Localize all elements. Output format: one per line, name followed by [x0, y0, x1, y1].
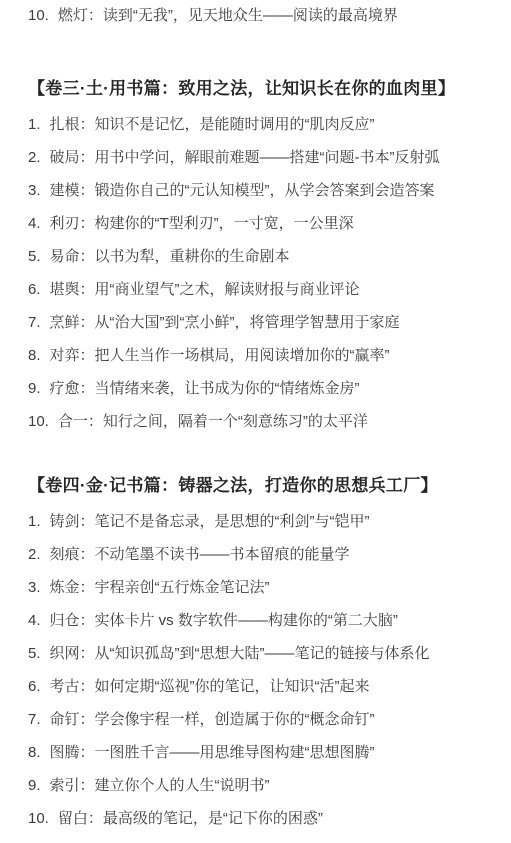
list-item: 7. 烹鲜：从“治大国”到“烹小鲜”，将管理学智慧用于家庭	[28, 315, 487, 330]
item-text: 图腾：一图胜千言——用思维导图构建“思想图腾”	[50, 745, 375, 760]
item-number: 8.	[28, 745, 41, 760]
section-title: 【卷三·土·用书篇：致用之法，让知识长在你的血肉里】	[28, 80, 487, 97]
item-number: 8.	[28, 348, 41, 363]
list-item: 9. 索引：建立你个人的人生“说明书”	[28, 778, 487, 793]
section-item-list: 1. 铸剑：笔记不是备忘录，是思想的“利剑”与“铠甲” 2. 刻痕：不动笔墨不读…	[28, 514, 487, 826]
item-text: 命钉：学会像宇程一样，创造属于你的“概念命钉”	[50, 712, 375, 727]
section-title: 【卷四·金·记书篇：铸器之法，打造你的思想兵工厂】	[28, 477, 487, 494]
list-item: 10. 留白：最高级的笔记，是“记下你的困惑”	[28, 811, 487, 826]
list-item: 1. 扎根：知识不是记忆，是能随时调用的“肌肉反应”	[28, 117, 487, 132]
item-number: 6.	[28, 282, 41, 297]
item-text: 利刃：构建你的“T型利刃”，一寸宽，一公里深	[50, 216, 354, 231]
item-number: 9.	[28, 778, 41, 793]
item-text: 炼金：宇程亲创“五行炼金笔记法”	[50, 580, 270, 595]
item-number: 3.	[28, 580, 41, 595]
item-text: 对弈：把人生当作一场棋局，用阅读增加你的“赢率”	[50, 348, 390, 363]
list-item: 3. 建模：锻造你自己的“元认知模型”，从学会答案到会造答案	[28, 183, 487, 198]
section-volume-3: 【卷三·土·用书篇：致用之法，让知识长在你的血肉里】 1. 扎根：知识不是记忆，…	[28, 80, 487, 429]
item-number: 1.	[28, 117, 41, 132]
item-text: 疗愈：当情绪来袭，让书成为你的“情绪炼金房”	[50, 381, 360, 396]
item-text: 燃灯：读到“无我”，见天地众生——阅读的最高境界	[58, 8, 398, 23]
item-number: 5.	[28, 646, 41, 661]
item-text: 归仓：实体卡片 vs 数字软件——构建你的“第二大脑”	[50, 613, 398, 628]
list-item: 10. 合一：知行之间，隔着一个“刻意练习”的太平洋	[28, 414, 487, 429]
item-text: 扎根：知识不是记忆，是能随时调用的“肌肉反应”	[50, 117, 375, 132]
item-number: 2.	[28, 547, 41, 562]
item-text: 易命：以书为犁，重耕你的生命剧本	[50, 249, 290, 264]
list-item: 2. 刻痕：不动笔墨不读书——书本留痕的能量学	[28, 547, 487, 562]
item-number: 10.	[28, 811, 49, 826]
item-text: 刻痕：不动笔墨不读书——书本留痕的能量学	[50, 547, 350, 562]
list-item: 3. 炼金：宇程亲创“五行炼金笔记法”	[28, 580, 487, 595]
list-item: 7. 命钉：学会像宇程一样，创造属于你的“概念命钉”	[28, 712, 487, 727]
item-text: 合一：知行之间，隔着一个“刻意练习”的太平洋	[58, 414, 368, 429]
list-item: 1. 铸剑：笔记不是备忘录，是思想的“利剑”与“铠甲”	[28, 514, 487, 529]
item-text: 留白：最高级的笔记，是“记下你的困惑”	[58, 811, 323, 826]
item-number: 10.	[28, 8, 49, 23]
item-text: 堪舆：用“商业望气”之术，解读财报与商业评论	[50, 282, 360, 297]
item-number: 7.	[28, 315, 41, 330]
list-item: 2. 破局：用书中学问，解眼前难题——搭建“问题-书本”反射弧	[28, 150, 487, 165]
item-number: 4.	[28, 216, 41, 231]
section-item-list: 1. 扎根：知识不是记忆，是能随时调用的“肌肉反应” 2. 破局：用书中学问，解…	[28, 117, 487, 429]
section-volume-4: 【卷四·金·记书篇：铸器之法，打造你的思想兵工厂】 1. 铸剑：笔记不是备忘录，…	[28, 477, 487, 826]
intro-list-item: 10. 燃灯：读到“无我”，见天地众生——阅读的最高境界	[28, 8, 487, 23]
list-item: 6. 堪舆：用“商业望气”之术，解读财报与商业评论	[28, 282, 487, 297]
item-number: 4.	[28, 613, 41, 628]
list-item: 8. 对弈：把人生当作一场棋局，用阅读增加你的“赢率”	[28, 348, 487, 363]
item-text: 考古：如何定期“巡视”你的笔记，让知识“活”起来	[50, 679, 370, 694]
item-number: 1.	[28, 514, 41, 529]
item-text: 织网：从“知识孤岛”到“思想大陆”——笔记的链接与体系化	[50, 646, 430, 661]
item-number: 7.	[28, 712, 41, 727]
item-text: 烹鲜：从“治大国”到“烹小鲜”，将管理学智慧用于家庭	[50, 315, 400, 330]
list-item: 6. 考古：如何定期“巡视”你的笔记，让知识“活”起来	[28, 679, 487, 694]
list-item: 4. 归仓：实体卡片 vs 数字软件——构建你的“第二大脑”	[28, 613, 487, 628]
item-text: 破局：用书中学问，解眼前难题——搭建“问题-书本”反射弧	[50, 150, 440, 165]
list-item: 5. 织网：从“知识孤岛”到“思想大陆”——笔记的链接与体系化	[28, 646, 487, 661]
list-item: 4. 利刃：构建你的“T型利刃”，一寸宽，一公里深	[28, 216, 487, 231]
item-number: 9.	[28, 381, 41, 396]
item-number: 2.	[28, 150, 41, 165]
item-number: 10.	[28, 414, 49, 429]
list-item: 8. 图腾：一图胜千言——用思维导图构建“思想图腾”	[28, 745, 487, 760]
item-number: 6.	[28, 679, 41, 694]
list-item: 9. 疗愈：当情绪来袭，让书成为你的“情绪炼金房”	[28, 381, 487, 396]
list-item: 5. 易命：以书为犁，重耕你的生命剧本	[28, 249, 487, 264]
item-text: 建模：锻造你自己的“元认知模型”，从学会答案到会造答案	[50, 183, 435, 198]
item-number: 3.	[28, 183, 41, 198]
item-text: 铸剑：笔记不是备忘录，是思想的“利剑”与“铠甲”	[50, 514, 370, 529]
item-number: 5.	[28, 249, 41, 264]
item-text: 索引：建立你个人的人生“说明书”	[50, 778, 270, 793]
document-page: 10. 燃灯：读到“无我”，见天地众生——阅读的最高境界 【卷三·土·用书篇：致…	[0, 0, 511, 826]
